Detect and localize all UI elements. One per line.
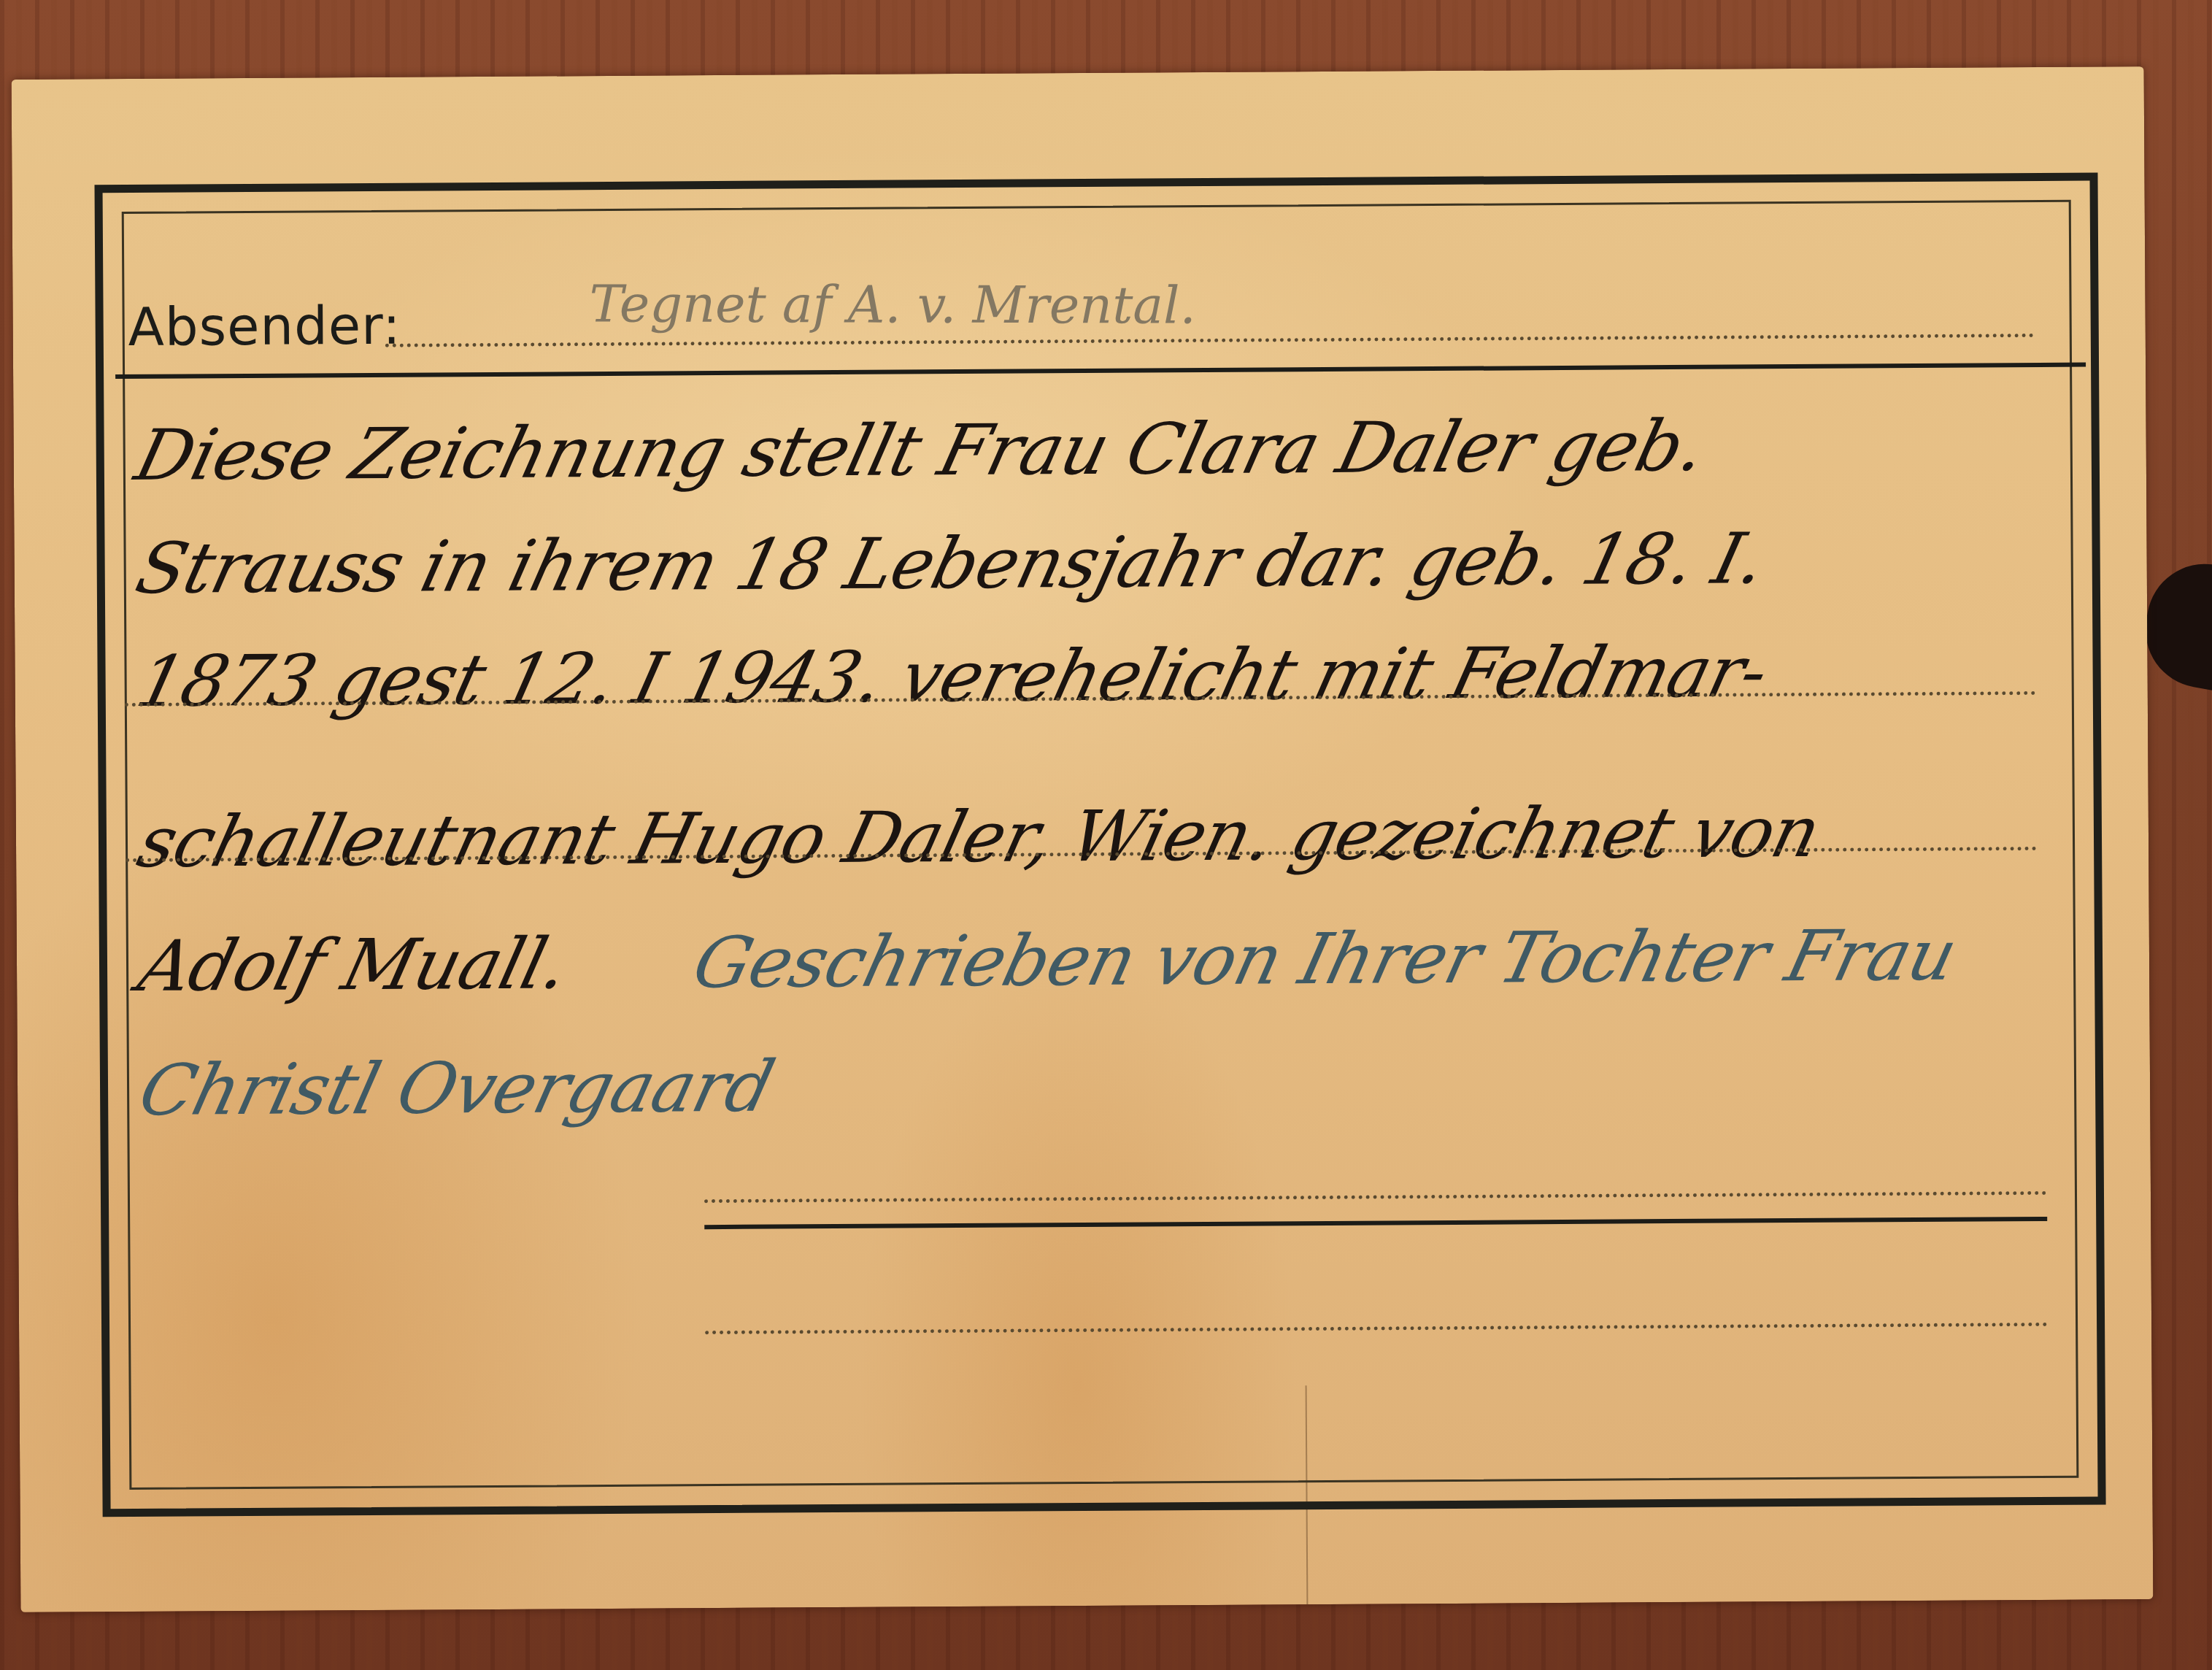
handwriting-line-4: schalleutnant Hugo Daler, Wien. gezeichn… [130,791,1827,883]
paper-card: Tegnet af A. v. Mrental. Absender: Diese… [12,66,2154,1612]
handwriting-blue-line-2: Christl Overgaard [131,1046,781,1131]
absender-label: Absender: [128,295,401,358]
dark-object-on-desk [2136,555,2212,693]
pencil-annotation: Tegnet af A. v. Mrental. [589,274,1195,335]
handwriting-blue-line-1: Geschrieben von Ihrer Tochter Frau [685,915,1964,1004]
handwriting-line-1: Diese Zeichnung stellt Frau Clara Daler … [128,405,1713,496]
handwriting-line-3: 1873 gest 12. I 1943. verehelicht mit Fe… [129,631,1776,723]
handwriting-line-5: Adolf Muall. [131,923,576,1007]
handwriting-line-2: Strauss in ihrem 18 Lebensjahr dar. geb.… [128,517,1773,609]
